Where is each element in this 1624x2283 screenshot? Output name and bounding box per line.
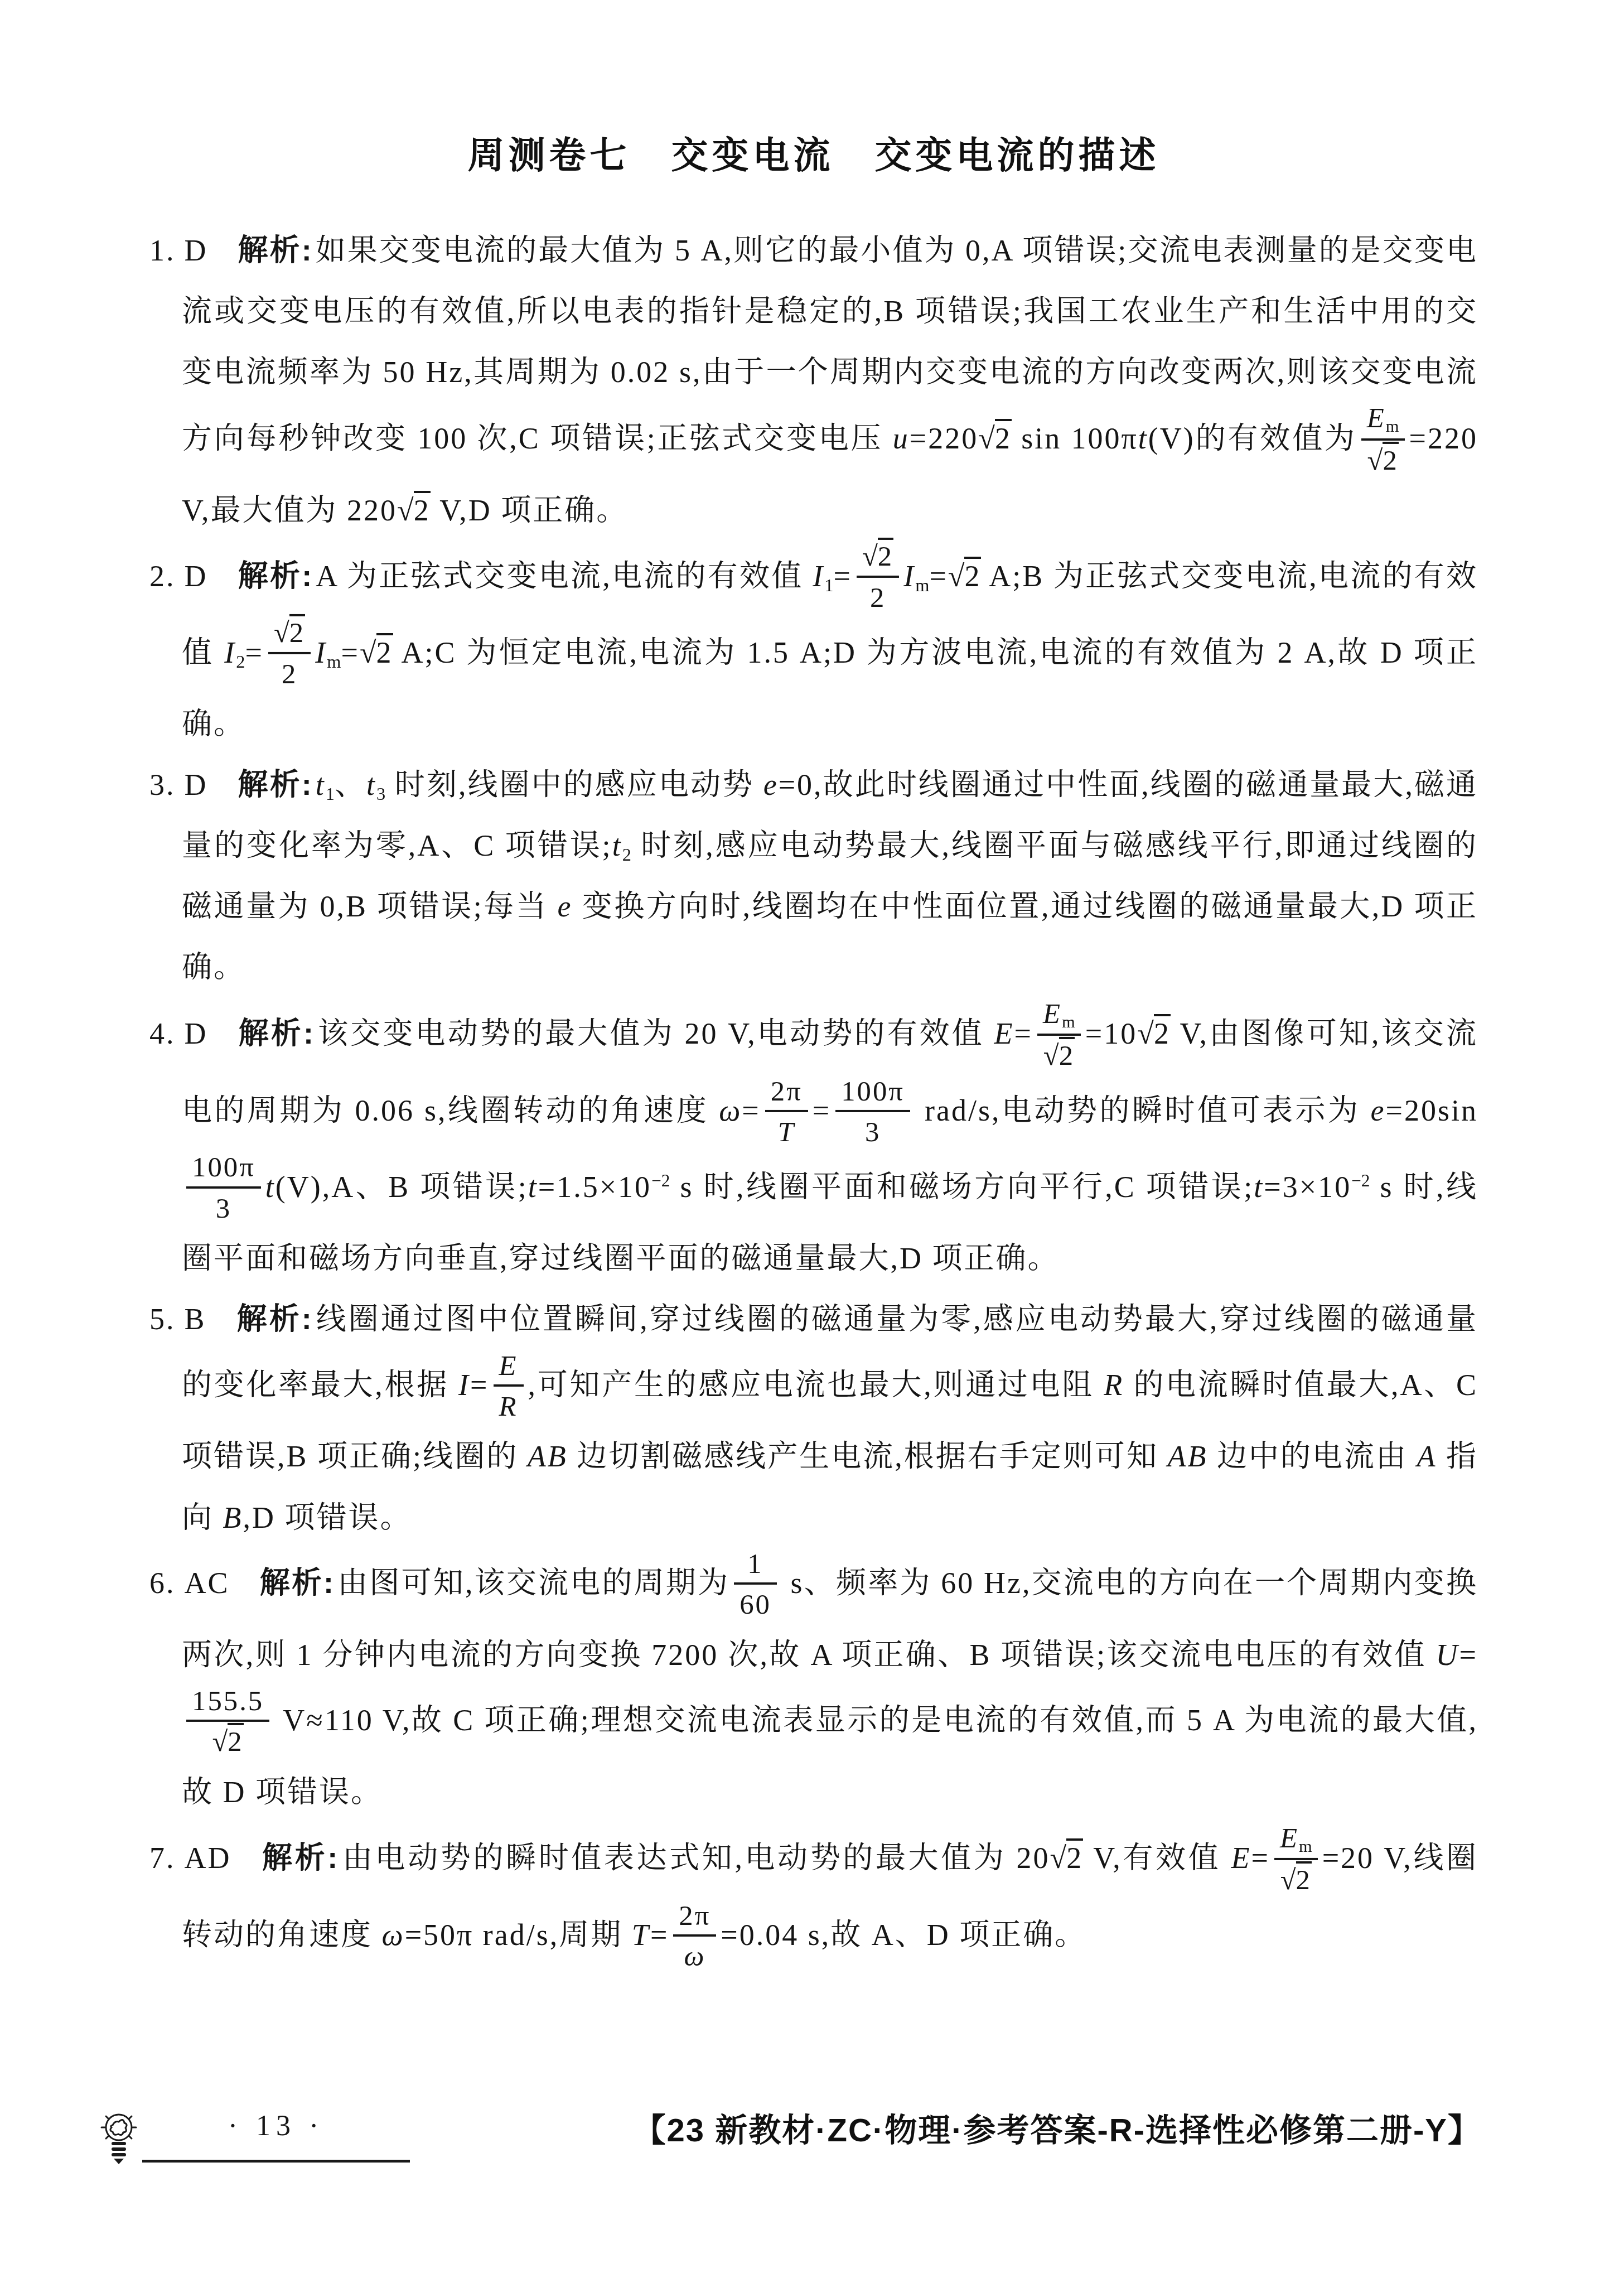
text-run: 由电动势的瞬时值表达式知,电动势的最大值为 20 [341,1841,1050,1875]
fraction: √22 [857,539,899,615]
fraction-numerator: √2 [857,539,899,577]
radical-sign-icon: √ [948,559,966,593]
item-solution: 由图可知,该交流电的周期为160 s、频率为 60 Hz,交流电的方向在一个周期… [182,1566,1478,1808]
text-run: =1.5×10 [538,1170,651,1204]
fraction-numerator: Em [1361,400,1405,441]
text-run: = [1251,1841,1269,1875]
fraction: 2πω [673,1898,716,1975]
math-variable: ω [684,1941,705,1972]
text-run: V,D 项正确。 [431,494,629,527]
solution-item: 4.D解析:该交变电动势的最大值为 20 V,电动势的有效值 E=Em√2=10… [149,998,1478,1290]
math-subscript: 2 [622,845,631,865]
sqrt-expression: √2 [978,422,1012,455]
math-subscript: m [1386,417,1399,436]
radical-sign-icon: √ [1050,1841,1069,1875]
math-variable: ω [719,1094,742,1127]
fraction: Em√2 [1274,1821,1318,1898]
fraction-numerator: 1 [734,1546,777,1585]
math-variable: u [893,422,910,455]
math-variable: T [632,1918,650,1952]
text-run: 由图可知,该交流电的周期为 [337,1566,729,1600]
text-run: V≈110 V,故 C 项正确;理想交流电流表显示的是电流的有效值,而 5 A … [182,1703,1478,1808]
fraction-denominator: √2 [1274,1860,1318,1898]
item-solution: A 为正弦式交变电流,电流的有效值 I1=√22Im=√2 A;B 为正弦式交变… [182,559,1478,741]
item-label: 解析: [262,1841,340,1875]
text-run: = [813,1094,831,1127]
item-label: 解析: [260,1566,336,1600]
sqrt-expression: √2 [948,559,982,593]
text-run: rad/s,电动势的瞬时值可表示为 [915,1094,1371,1127]
math-variable: A [1417,1440,1437,1473]
item-solution: t1、t3 时刻,线圈中的感应电动势 e=0,故此时线圈通过中性面,线圈的磁通量… [182,768,1478,984]
sqrt-expression: √2 [212,1726,243,1757]
item-label: 解析: [238,768,313,802]
fraction-numerator: 2π [673,1898,716,1937]
math-variable: e [1371,1094,1386,1127]
sqrt-expression: √2 [360,636,393,669]
text-run: 2 [870,582,886,613]
fraction-numerator: 100π [186,1150,261,1188]
text-run: A 为正弦式交变电流,电流的有效值 [316,559,813,593]
radical-sign-icon: √ [1280,1864,1298,1895]
text-run: =220 [910,422,978,455]
math-variable: T [778,1116,795,1147]
radical-sign-icon: √ [274,617,291,648]
text-run: =3×10 [1264,1170,1351,1204]
radical-sign-icon: √ [978,422,997,455]
radicand: 2 [878,538,893,572]
sqrt-expression: √2 [397,494,431,527]
item-number: 3. [149,768,176,802]
text-run: 1 [747,1548,763,1579]
text-run: 、 [335,768,366,802]
math-variable: U [1436,1638,1459,1672]
math-variable: E [1280,1822,1299,1854]
text-run: 2π [679,1900,710,1931]
text-run: 边切割磁感线产生电流,根据右手定则可知 [568,1440,1168,1473]
sqrt-expression: √2 [1137,1017,1171,1050]
math-variable: E [1043,997,1062,1029]
math-subscript: m [915,576,929,596]
math-variable: E [1231,1841,1251,1875]
item-solution: 该交变电动势的最大值为 20 V,电动势的有效值 E=Em√2=10√2 V,由… [182,1017,1478,1275]
radicand: 2 [964,557,981,593]
fraction-numerator: √2 [268,615,311,654]
text-run: =0.04 s,故 A、D 项正确。 [721,1918,1086,1952]
text-run: ,D 项错误。 [243,1501,412,1534]
sqrt-expression: √2 [1280,1864,1312,1895]
math-variable: E [1367,402,1386,433]
page-title: 周测卷七 交变电流 交变电流的描述 [149,126,1478,178]
item-answer: D [185,1017,208,1050]
text-run: = [833,559,852,593]
text-run: 155.5 [192,1685,264,1716]
fraction-denominator: √2 [1037,1036,1081,1073]
solution-item: 7.AD解析:由电动势的瞬时值表达式知,电动势的最大值为 20√2 V,有效值 … [149,1823,1478,1977]
math-variable: I [458,1368,470,1402]
item-number: 4. [149,1017,176,1050]
item-solution: 线圈通过图中位置瞬间,穿过线圈的磁通量为零,感应电动势最大,穿过线圈的磁通量的变… [182,1302,1478,1534]
text-run: = [1014,1017,1033,1050]
fraction-denominator: 2 [268,654,311,692]
fraction-denominator: √2 [1361,441,1405,478]
math-subscript: m [1299,1837,1312,1856]
text-run: s 时,线圈平面和磁场方向平行,C 项错误; [670,1170,1254,1204]
footer-reference: 【23 新教材·ZC·物理·参考答案-R-选择性必修第二册-Y】 [634,2104,1481,2151]
text-run: (V),A、B 项错误; [275,1170,528,1204]
fraction-numerator: Em [1037,996,1081,1036]
footer-rule [142,2160,410,2163]
math-variable: t [316,768,326,802]
radicand: 2 [1066,1838,1083,1875]
radicand: 2 [376,633,393,669]
text-run: = [245,636,264,669]
fraction: 2πT [765,1074,808,1150]
item-solution: 由电动势的瞬时值表达式知,电动势的最大值为 20√2 V,有效值 E=Em√2=… [182,1841,1478,1952]
fraction-numerator: 155.5 [186,1683,269,1722]
answer-key-page: 周测卷七 交变电流 交变电流的描述 1.D解析:如果交变电流的最大值为 5 A,… [0,0,1624,2283]
math-variable: e [763,768,779,802]
math-superscript: −2 [651,1171,670,1190]
fraction-numerator: E [494,1348,524,1386]
item-number: 6. [149,1566,176,1600]
item-answer: D [185,559,208,593]
solution-item: 5.B解析:线圈通过图中位置瞬间,穿过线圈的磁通量为零,感应电动势最大,穿过线圈… [149,1289,1478,1548]
item-number: 5. [149,1302,176,1336]
fraction: Em√2 [1361,400,1405,478]
item-label: 解析: [238,1017,315,1050]
math-variable: R [1104,1368,1124,1402]
math-subscript: m [327,652,341,672]
text-run: = [470,1368,489,1402]
radical-sign-icon: √ [212,1726,229,1757]
radical-sign-icon: √ [862,540,879,572]
math-variable: I [224,636,236,669]
fraction-denominator: 3 [835,1112,910,1150]
math-variable: I [315,636,327,669]
text-run: 2 [282,658,297,689]
fraction-denominator: √2 [186,1722,269,1759]
fraction-denominator: 60 [734,1585,777,1622]
solutions-list: 1.D解析:如果交变电流的最大值为 5 A,则它的最小值为 0,A 项错误;交流… [149,220,1478,1977]
fraction-numerator: 2π [765,1074,808,1112]
fraction: 160 [734,1546,777,1623]
radical-sign-icon: √ [360,636,378,669]
item-number: 7. [149,1841,176,1875]
item-label: 解析: [238,559,314,593]
math-variable: e [558,890,573,923]
fraction-denominator: T [765,1112,808,1150]
text-run: = [742,1094,760,1127]
solution-item: 3.D解析:t1、t3 时刻,线圈中的感应电动势 e=0,故此时线圈通过中性面,… [149,755,1478,998]
text-run: =50π rad/s,周期 [405,1918,632,1952]
radical-sign-icon: √ [397,494,415,527]
radical-sign-icon: √ [1367,445,1385,476]
text-run: 3 [865,1116,881,1147]
fraction: Em√2 [1037,996,1081,1073]
item-answer: D [185,768,208,802]
math-variable: t [528,1170,538,1204]
text-run: ,可知产生的感应电流也最大,则通过电阻 [528,1368,1104,1402]
item-answer: D [185,234,208,267]
fraction: ER [494,1348,524,1424]
item-answer: AC [185,1566,230,1600]
fraction-denominator: 3 [186,1189,261,1226]
lightbulb-brain-icon [99,2108,138,2171]
page-number: · 13 · [184,2110,368,2142]
math-variable: AB [528,1440,568,1473]
text-run: 100π [841,1075,905,1107]
text-run: = [929,559,948,593]
math-subscript: 1 [326,784,335,804]
math-subscript: 1 [824,576,833,596]
math-variable: R [499,1391,518,1422]
text-run: = [650,1918,669,1952]
math-variable: E [994,1017,1014,1050]
fraction: 100π3 [835,1074,910,1150]
math-variable: t [1254,1170,1264,1204]
fraction: 100π3 [186,1150,261,1226]
math-variable: t [612,829,622,862]
math-variable: t [1138,422,1148,455]
math-variable: AB [1167,1440,1207,1473]
text-run: 60 [739,1589,771,1620]
radical-sign-icon: √ [1137,1017,1156,1050]
text-run: = [1459,1638,1478,1672]
math-variable: t [366,768,376,802]
sqrt-expression: √2 [862,540,893,572]
radicand: 2 [1154,1014,1171,1050]
text-run: 时刻,线圈中的感应电动势 [385,768,763,802]
item-number: 1. [149,234,176,267]
fraction-numerator: Em [1274,1821,1318,1861]
fraction-denominator: R [494,1387,524,1424]
radicand: 2 [414,491,431,527]
item-number: 2. [149,559,176,593]
fraction-denominator: ω [673,1937,716,1974]
radicand: 2 [1059,1037,1075,1071]
text-run: 该交变电动势的最大值为 20 V,电动势的有效值 [317,1017,994,1050]
radicand: 2 [995,419,1012,455]
math-variable: I [903,559,915,593]
item-label: 解析: [238,234,313,267]
math-subscript: 2 [236,652,245,672]
sqrt-expression: √2 [1043,1040,1075,1071]
fraction: √22 [268,615,311,692]
math-superscript: −2 [1351,1171,1370,1190]
radicand: 2 [1383,442,1398,476]
text-run: 2π [771,1075,803,1107]
math-variable: B [223,1501,243,1534]
item-label: 解析: [236,1302,313,1336]
radical-sign-icon: √ [1043,1040,1061,1071]
sqrt-expression: √2 [1050,1841,1084,1875]
text-run: sin 100π [1012,422,1138,455]
math-variable: I [813,559,824,593]
item-answer: AD [185,1841,231,1875]
sqrt-expression: √2 [1367,445,1399,476]
solution-item: 1.D解析:如果交变电流的最大值为 5 A,则它的最小值为 0,A 项错误;交流… [149,220,1478,541]
page-content: 周测卷七 交变电流 交变电流的描述 1.D解析:如果交变电流的最大值为 5 A,… [0,0,1624,1977]
text-run: 边中的电流由 [1207,1440,1417,1473]
text-run: (V)的有效值为 [1148,422,1357,455]
math-subscript: 3 [376,784,385,804]
sqrt-expression: √2 [274,617,305,648]
solution-item: 6.AC解析:由图可知,该交流电的周期为160 s、频率为 60 Hz,交流电的… [149,1548,1478,1823]
math-subscript: m [1062,1012,1075,1031]
radicand: 2 [289,614,305,648]
fraction-denominator: 2 [857,578,899,615]
item-answer: B [185,1302,206,1336]
text-run: 3 [216,1193,231,1224]
solution-item: 2.D解析:A 为正弦式交变电流,电流的有效值 I1=√22Im=√2 A;B … [149,541,1478,755]
math-variable: ω [382,1918,405,1952]
text-run: =10 [1085,1017,1137,1050]
radicand: 2 [1296,1861,1312,1895]
fraction: 155.5√2 [186,1683,269,1760]
text-run: = [341,636,359,669]
text-run: =20sin [1386,1094,1478,1127]
radicand: 2 [228,1723,243,1757]
math-variable: E [499,1349,518,1381]
text-run: V,有效值 [1083,1841,1231,1875]
item-solution: 如果交变电流的最大值为 5 A,则它的最小值为 0,A 项错误;交流电表测量的是… [182,234,1478,527]
math-variable: t [265,1170,275,1204]
text-run: 100π [192,1151,255,1182]
fraction-numerator: 100π [835,1074,910,1112]
